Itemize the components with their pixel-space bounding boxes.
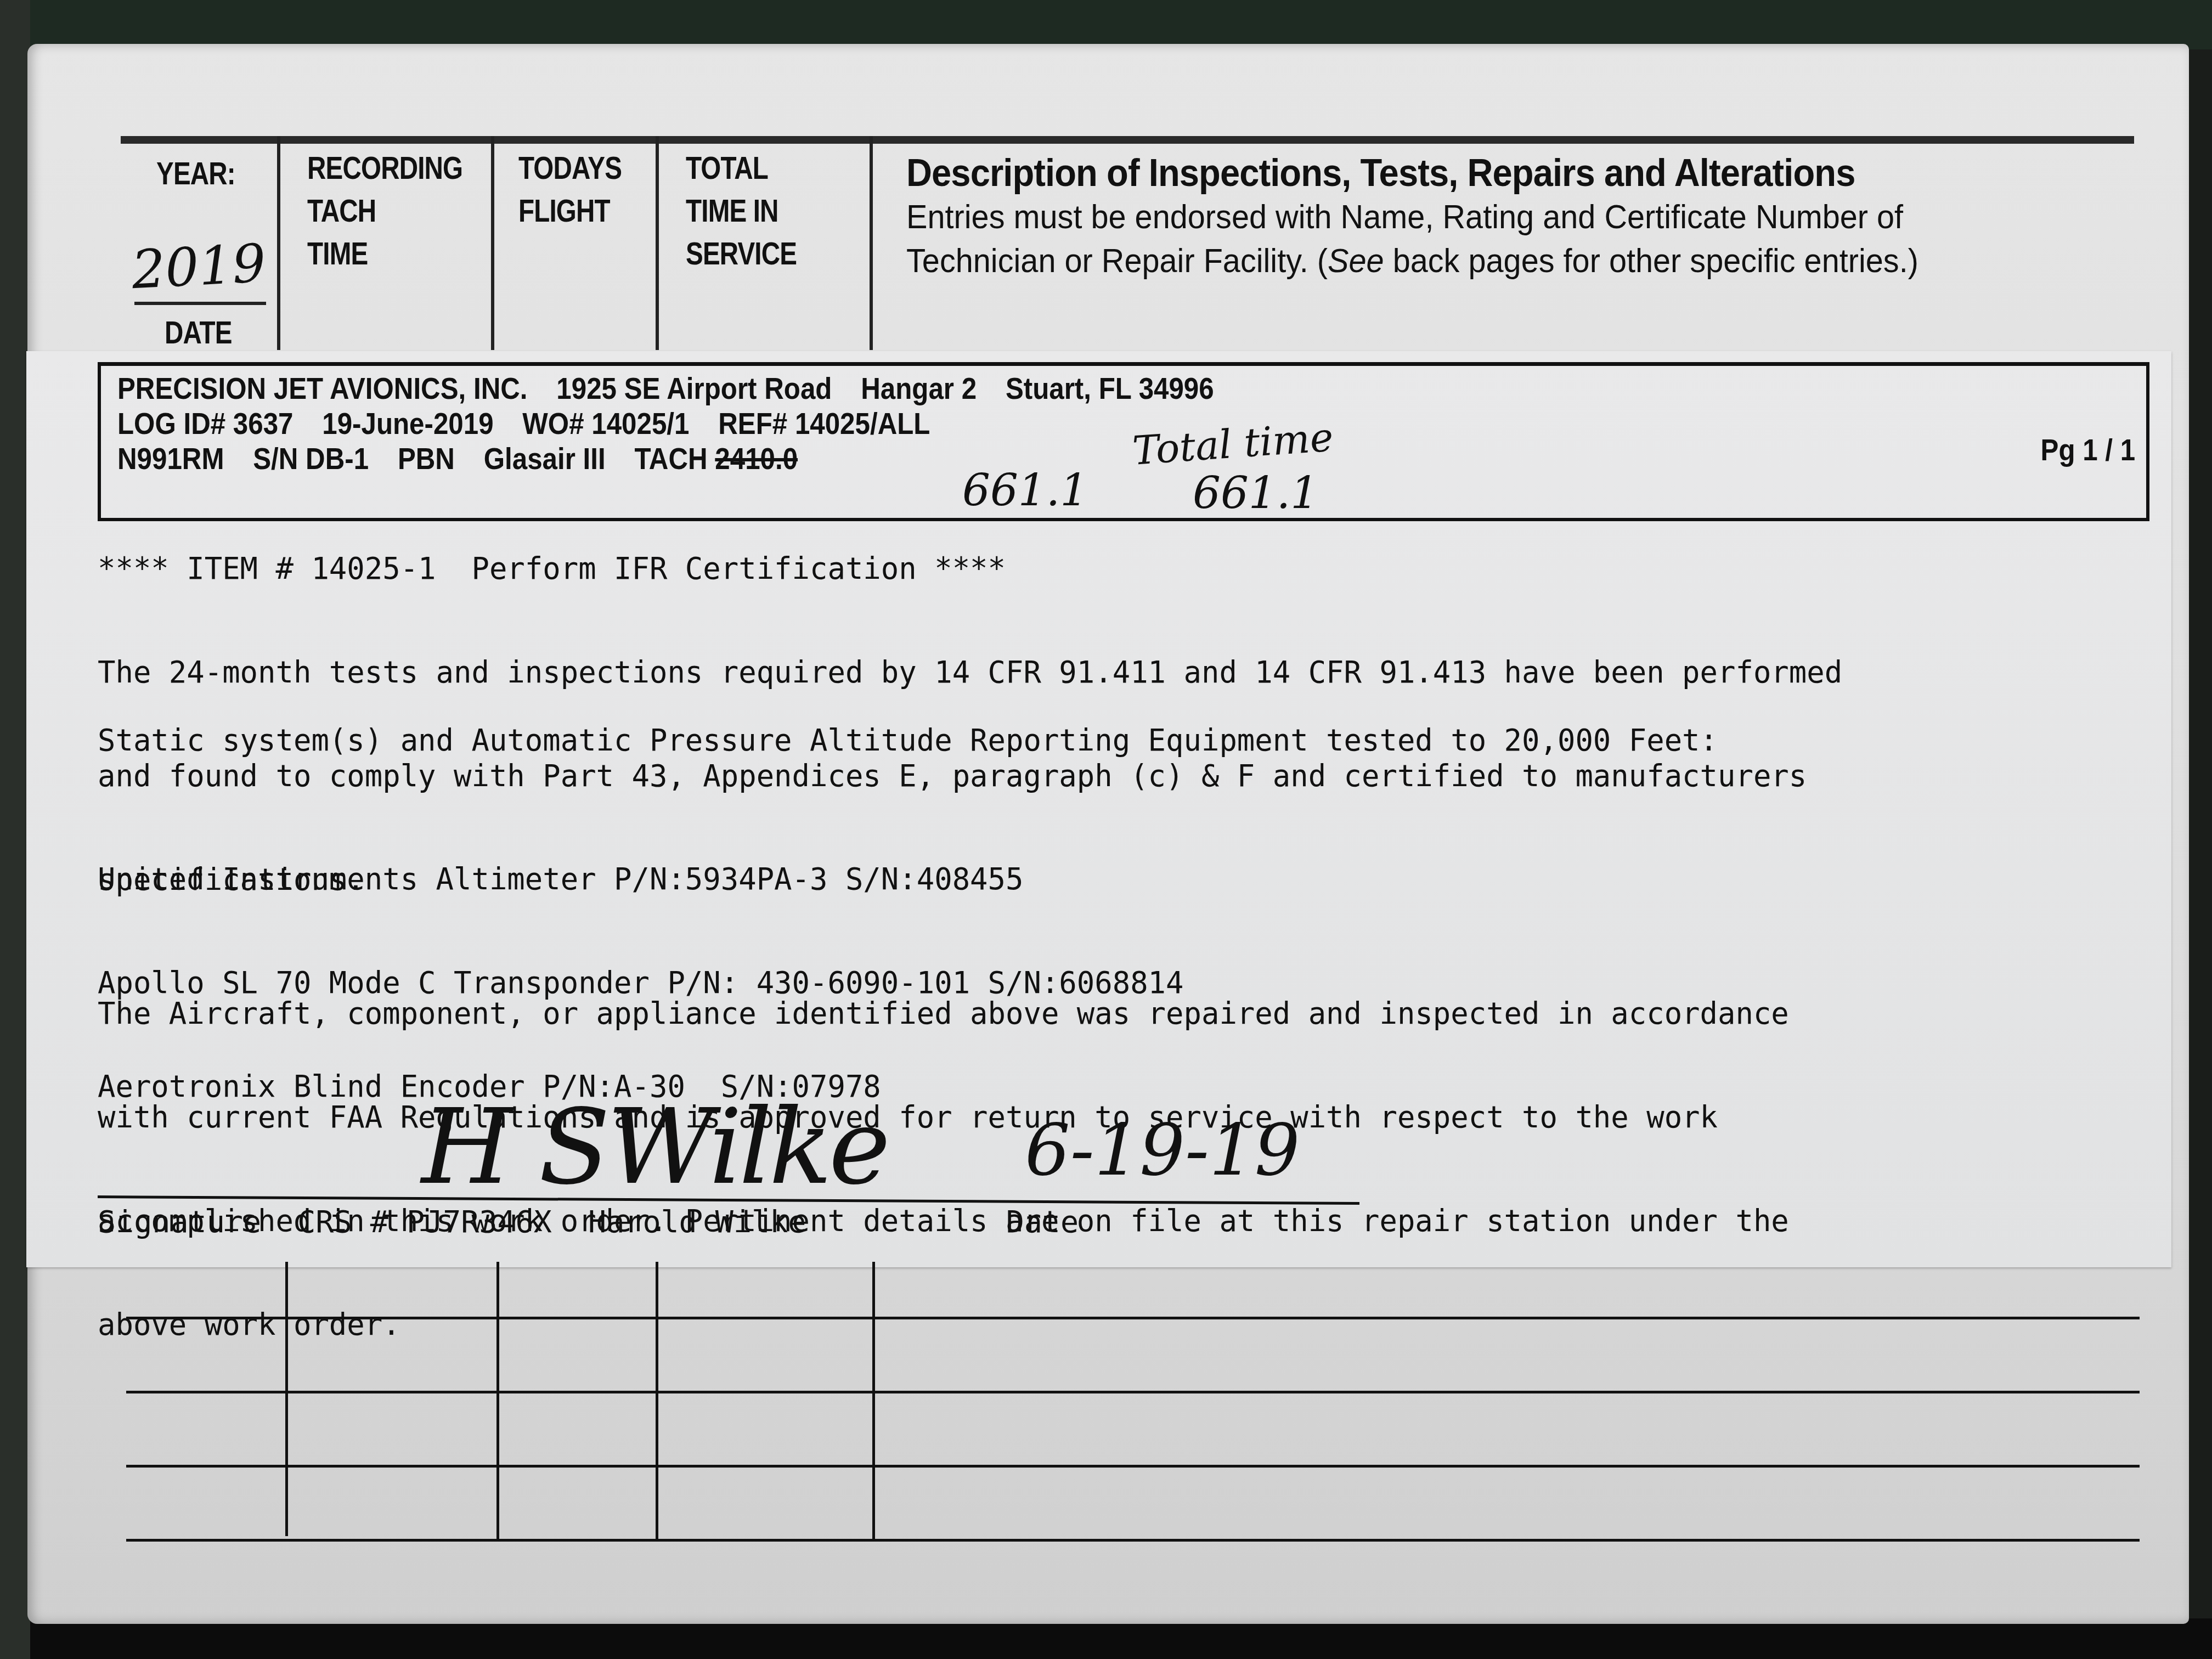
grid-divider: [656, 1262, 658, 1539]
aircraft-row: N991RMS/N DB-1PBNGlasair IIITACH 2410.0: [117, 441, 827, 476]
log-row: LOG ID# 363719-June-2019WO# 14025/1REF# …: [117, 405, 959, 441]
header-top-rule: [121, 136, 2134, 144]
grid-divider: [285, 1262, 288, 1536]
aircraft-serial: S/N DB-1: [253, 441, 369, 476]
entry-date: 19-June-2019: [322, 406, 493, 441]
logbook-binder-top: [0, 0, 2212, 49]
column-divider: [656, 136, 659, 350]
signature-labels: Signature CRS # PJ7R346X Harold Wilke Da…: [98, 1204, 1079, 1239]
item-title: **** ITEM # 14025-1 Perform IFR Certific…: [98, 551, 1006, 586]
description-title: Description of Inspections, Tests, Repai…: [906, 151, 1855, 195]
reference: REF# 14025/ALL: [718, 406, 930, 441]
blank-entry-grid: [126, 1262, 2140, 1542]
description-instructions-1: Entries must be endorsed with Name, Rati…: [906, 198, 1903, 236]
tach-handwritten: 661.1: [962, 465, 1088, 516]
total-time-header: TOTAL TIME IN SERVICE: [686, 147, 797, 275]
company-name: PRECISION JET AVIONICS, INC.: [117, 371, 528, 405]
grid-rule: [126, 1465, 2140, 1468]
log-id: LOG ID# 3637: [117, 406, 293, 441]
column-divider: [491, 136, 494, 350]
handwritten-signature: H SWilke: [421, 1086, 887, 1207]
company-row: PRECISION JET AVIONICS, INC.1925 SE Airp…: [117, 370, 1243, 406]
grid-divider: [496, 1262, 499, 1539]
maintenance-entry-sticker: PRECISION JET AVIONICS, INC.1925 SE Airp…: [26, 351, 2171, 1267]
total-time-label-handwritten: Total time: [1131, 414, 1335, 473]
aircraft-model: Glasair III: [484, 441, 606, 476]
grid-rule: [126, 1391, 2140, 1393]
column-divider: [277, 136, 280, 350]
description-instructions-2: Technician or Repair Facility. (See back…: [906, 241, 1918, 280]
todays-flight-header: TODAYS FLIGHT: [518, 147, 622, 233]
equipment-altimeter: United Instruments Altimeter P/N:5934PA-…: [98, 862, 1183, 896]
year-label: YEAR:: [156, 153, 235, 195]
registration: N991RM: [117, 441, 224, 476]
hangar: Hangar 2: [861, 371, 977, 405]
grid-divider: [872, 1262, 875, 1539]
page-bottom-edge: [30, 1618, 2212, 1659]
page-number: Pg 1 / 1: [2040, 432, 2135, 467]
city-state-zip: Stuart, FL 34996: [1006, 371, 1214, 405]
year-underline: [134, 302, 266, 305]
logbook-binder-spine: [0, 0, 30, 1659]
work-order: WO# 14025/1: [522, 406, 689, 441]
recording-tach-header: RECORDING TACH TIME: [307, 147, 462, 275]
date-label: DATE: [165, 312, 232, 354]
code: PBN: [398, 441, 455, 476]
grid-rule: [126, 1539, 2140, 1542]
tach-label: TACH: [634, 441, 707, 476]
tach-struck-value: 2410.0: [715, 441, 798, 476]
grid-rule: [126, 1317, 2140, 1319]
handwritten-date: 6-19-19: [1025, 1108, 1300, 1192]
entry-header-box: PRECISION JET AVIONICS, INC.1925 SE Airp…: [98, 362, 2149, 521]
column-divider: [870, 136, 873, 350]
total-time-handwritten: 661.1: [1193, 467, 1318, 518]
company-address: 1925 SE Airport Road: [556, 371, 832, 405]
year-handwritten: 2019: [130, 233, 267, 301]
static-system-line: Static system(s) and Automatic Pressure …: [98, 723, 1718, 758]
